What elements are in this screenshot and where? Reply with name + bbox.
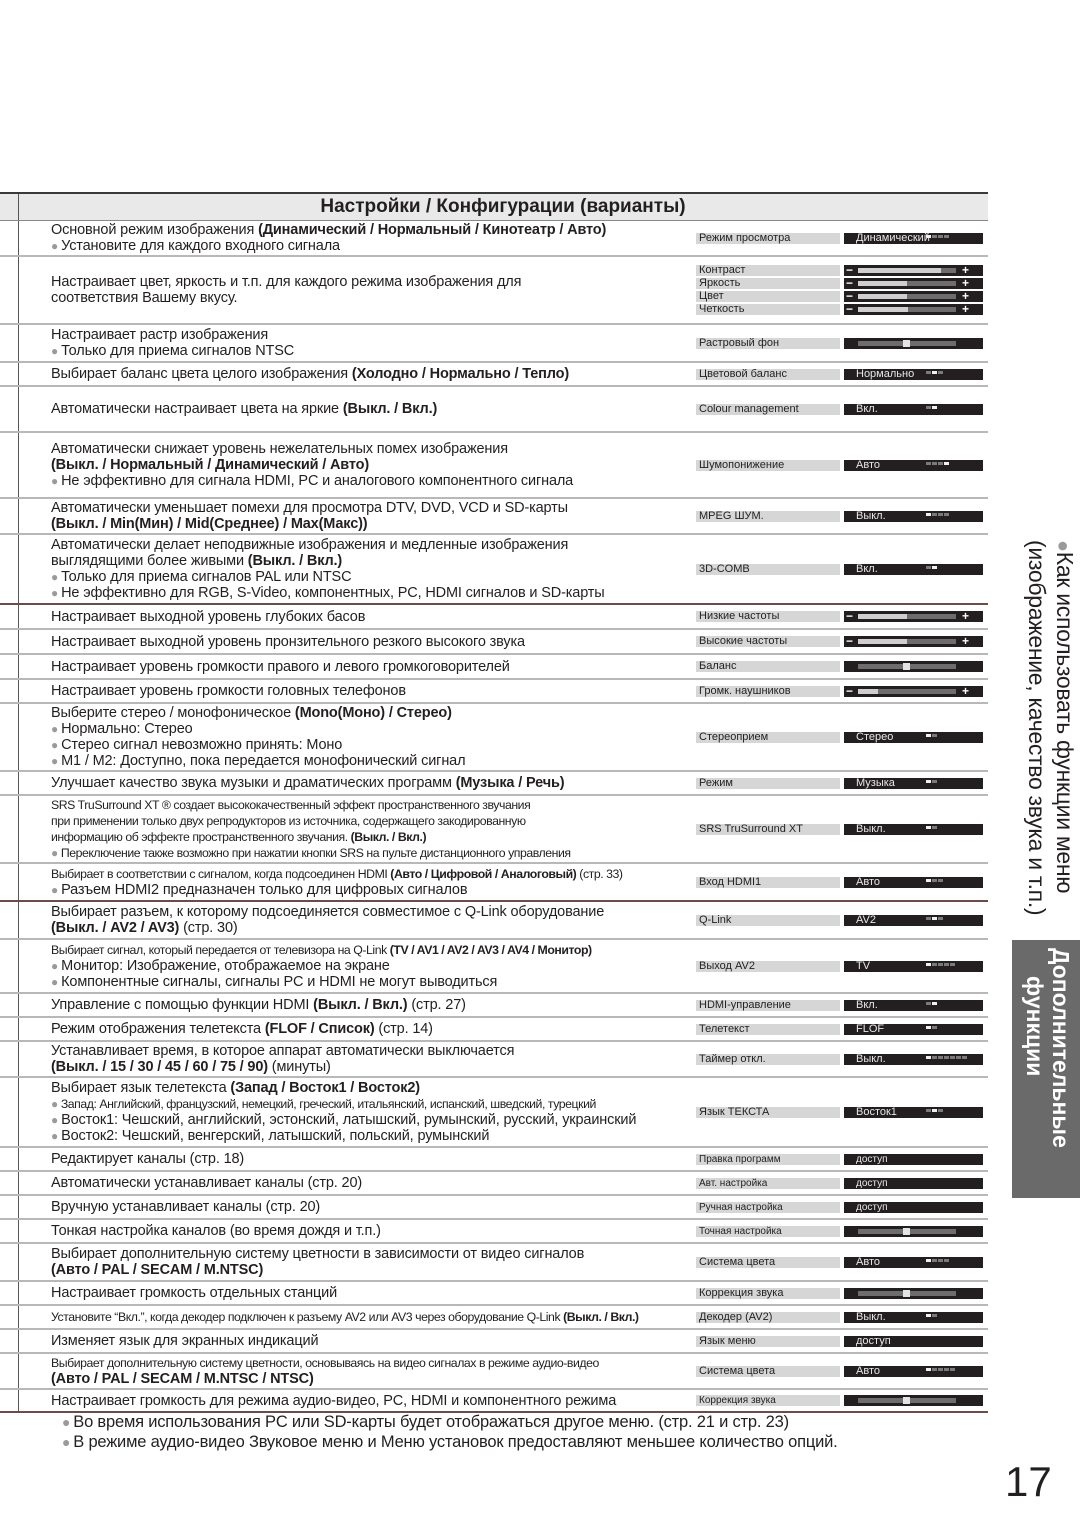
page-reference: (стр. 27) <box>407 997 465 1013</box>
osd-item: Высокие частоты−+ <box>696 636 984 647</box>
osd-item: СтереоприемСтерео <box>696 732 984 743</box>
osd-select-value: Музыка <box>844 778 983 789</box>
osd-item: Баланс <box>696 661 984 672</box>
description-text: Автоматически уменьшает помехи для просм… <box>51 500 568 516</box>
options-list: (Холодно / Нормально / Тепло) <box>352 366 569 382</box>
page-reference: (стр. 14) <box>375 1021 433 1037</box>
description-line: Редактирует каналы (стр. 18) <box>51 1151 687 1167</box>
osd-menu-preview: Q-LinkAV2 <box>696 915 984 928</box>
option-position-dots-icon <box>926 734 937 737</box>
osd-item: Яркость−+ <box>696 278 984 289</box>
osd-item: Система цветаАвто <box>696 1366 984 1377</box>
osd-menu-preview: Вход HDMI1Авто <box>696 877 984 890</box>
description-line: Выбирает дополнительную систему цветност… <box>51 1355 687 1371</box>
bullet-note: Запад: Английский, французский, немецкий… <box>51 1096 687 1112</box>
option-position-dots-icon <box>926 879 943 882</box>
table-header: Настройки / Конфигурации (варианты) <box>0 192 988 221</box>
osd-item: Растровый фон <box>696 338 984 349</box>
bullet-icon: ● <box>1052 540 1074 552</box>
description-text: Выбирает язык телетекста <box>51 1080 230 1096</box>
osd-item-label: Громк. наушников <box>696 686 840 697</box>
table-row: Выбирает дополнительную систему цветност… <box>0 1354 988 1390</box>
osd-item-label: Система цвета <box>696 1257 840 1268</box>
bullet-note: Нормально: Стерео <box>51 721 687 737</box>
option-position-dots-icon <box>926 780 937 783</box>
osd-item: Язык менюдоступ <box>696 1336 984 1347</box>
slider-track <box>858 341 956 346</box>
osd-select-value: Авто <box>844 877 983 888</box>
table-row: Настраивает растр изображенияТолько для … <box>0 325 988 363</box>
description-line: Выбирает разъем, к которому подсоединяет… <box>51 904 687 920</box>
description-text: Монитор: Изображение, отображаемое на эк… <box>61 958 390 974</box>
osd-item: Коррекция звука <box>696 1395 984 1406</box>
description-line: Изменяет язык для экранных индикаций <box>51 1333 687 1349</box>
table-row: Выбирает в соответствии с сигналом, когд… <box>0 864 988 902</box>
page-reference: (минуты) <box>268 1059 331 1075</box>
description-text: Выберите стерео / монофоническое <box>51 705 295 721</box>
description-line: Автоматически снижает уровень нежелатель… <box>51 441 687 457</box>
option-position-dots-icon <box>926 406 937 409</box>
description-line: Основной режим изображения (Динамический… <box>51 222 687 238</box>
osd-level-bar: −+ <box>844 636 983 647</box>
description-line: (Авто / PAL / SECAM / M.NTSC) <box>51 1262 687 1278</box>
section-tab-line1: Дополнительные <box>1048 948 1074 1148</box>
osd-item-label: Шумопонижение <box>696 460 840 471</box>
description-text: Настраивает уровень громкости головных т… <box>51 683 406 699</box>
row-description: Настраивает выходной уровень пронзительн… <box>51 634 687 650</box>
osd-center-slider <box>844 1226 983 1237</box>
table-row: Настраивает уровень громкости головных т… <box>0 680 988 704</box>
osd-menu-preview: Точная настройка <box>696 1226 984 1239</box>
table-row: Автоматически делает неподвижные изображ… <box>0 535 988 605</box>
description-line: (Авто / PAL / SECAM / M.NTSC / NTSC) <box>51 1371 687 1387</box>
table-row: Выбирает язык телетекста (Запад / Восток… <box>0 1078 988 1148</box>
row-description: Настраивает цвет, яркость и т.п. для каж… <box>51 274 687 306</box>
osd-item: Коррекция звука <box>696 1288 984 1299</box>
osd-item-label: Colour management <box>696 404 840 415</box>
table-row: Тонкая настройка каналов (во время дождя… <box>0 1220 988 1244</box>
osd-item-label: Цветовой баланс <box>696 369 840 380</box>
osd-item-label: Коррекция звука <box>696 1288 840 1299</box>
row-description: Настраивает громкость отдельных станций <box>51 1285 687 1301</box>
osd-item-label: Q-Link <box>696 915 840 926</box>
options-list: (Авто / PAL / SECAM / M.NTSC / NTSC) <box>51 1371 314 1387</box>
osd-item-label: Баланс <box>696 661 840 672</box>
description-line: Выбирает в соответствии с сигналом, когд… <box>51 866 687 882</box>
settings-table: Настройки / Конфигурации (варианты) Осно… <box>0 192 988 1413</box>
table-row: Настраивает выходной уровень пронзительн… <box>0 630 988 655</box>
osd-menu-preview: Выход AV2TV <box>696 961 984 974</box>
options-list: (Выкл. / Вкл.) <box>351 830 426 844</box>
description-text: Управление с помощью функции HDMI <box>51 997 313 1013</box>
osd-item: Авт. настройкадоступ <box>696 1178 984 1189</box>
table-row: Выбирает дополнительную систему цветност… <box>0 1244 988 1282</box>
osd-value-text: Нормально <box>856 369 914 380</box>
bullet-note: Стерео сигнал невозможно принять: Моно <box>51 737 687 753</box>
row-description: Вручную устанавливает каналы (стр. 20) <box>51 1199 687 1215</box>
description-text: Выбирает дополнительную систему цветност… <box>51 1246 584 1262</box>
table-row: Выбирает баланс цвета целого изображения… <box>0 363 988 387</box>
description-text: Установите для каждого входного сигнала <box>61 238 340 254</box>
osd-menu-preview: Декодер (AV2)Выкл. <box>696 1312 984 1325</box>
minus-icon: − <box>846 611 853 622</box>
left-column-cell <box>0 1244 19 1280</box>
level-track <box>858 689 956 694</box>
level-track <box>858 307 956 312</box>
osd-value-text: Авто <box>856 877 880 888</box>
option-position-dots-icon <box>926 1109 943 1112</box>
osd-menu-preview: ШумопонижениеАвто <box>696 460 984 473</box>
osd-menu-preview: Коррекция звука <box>696 1288 984 1301</box>
options-list: (Выкл. / Вкл.) <box>563 1310 638 1324</box>
osd-menu-preview: Высокие частоты−+ <box>696 636 984 649</box>
description-line: Тонкая настройка каналов (во время дождя… <box>51 1223 687 1239</box>
description-line: Настраивает растр изображения <box>51 327 687 343</box>
left-column-cell <box>0 1330 19 1352</box>
row-description: Настраивает растр изображенияТолько для … <box>51 327 687 359</box>
table-row: Настраивает уровень громкости правого и … <box>0 655 988 680</box>
slider-track <box>858 1229 956 1234</box>
description-text: Настраивает цвет, яркость и т.п. для каж… <box>51 274 521 290</box>
options-list: (Авто / Цифровой / Аналоговый) <box>390 867 576 881</box>
level-fill <box>858 268 941 273</box>
left-column-cell <box>0 1018 19 1040</box>
left-column-cell <box>0 1172 19 1194</box>
row-description: SRS TruSurround XT ® создает высококачес… <box>51 797 687 861</box>
left-column-cell <box>0 796 19 862</box>
options-list: (Выкл. / Вкл.) <box>313 997 407 1013</box>
osd-select-value: Выкл. <box>844 1054 983 1065</box>
osd-item-label: Коррекция звука <box>696 1395 840 1406</box>
osd-menu-preview: 3D-COMBВкл. <box>696 564 984 577</box>
osd-item: 3D-COMBВкл. <box>696 564 984 575</box>
osd-item: РежимМузыка <box>696 778 984 789</box>
plus-icon: + <box>962 304 969 315</box>
osd-center-slider <box>844 1288 983 1299</box>
left-column-cell <box>0 994 19 1016</box>
osd-level-bar: −+ <box>844 278 983 289</box>
osd-menu-preview: ТелетекстFLOF <box>696 1024 984 1037</box>
left-column-cell <box>0 257 19 323</box>
osd-item: Четкость−+ <box>696 304 984 315</box>
osd-value-text: Выкл. <box>856 824 886 835</box>
osd-item: Цветовой балансНормально <box>696 369 984 380</box>
description-line: SRS TruSurround XT ® создает высококачес… <box>51 797 687 813</box>
row-description: Автоматически уменьшает помехи для просм… <box>51 500 687 532</box>
table-row: Выбирает сигнал, который передается от т… <box>0 940 988 994</box>
options-list: (Запад / Восток1 / Восток2) <box>230 1080 420 1096</box>
table-row: Настраивает громкость для режима аудио-в… <box>0 1390 988 1413</box>
description-line: Режим отображения телетекста (FLOF / Спи… <box>51 1021 687 1037</box>
description-text: Нормально: Стерео <box>61 721 192 737</box>
osd-menu-preview: Таймер откл.Выкл. <box>696 1054 984 1067</box>
bullet-note: Не эффективно для сигнала HDMI, PC и ана… <box>51 473 687 489</box>
options-list: (FLOF / Список) <box>265 1021 375 1037</box>
row-description: Управление с помощью функции HDMI (Выкл.… <box>51 997 687 1013</box>
row-description: Тонкая настройка каналов (во время дождя… <box>51 1223 687 1239</box>
osd-value-text: доступ <box>856 1154 888 1165</box>
left-column-cell <box>0 194 19 220</box>
osd-level-bar: −+ <box>844 304 983 315</box>
description-text: Переключение также возможно при нажатии … <box>61 846 571 860</box>
row-description: Выбирает сигнал, который передается от т… <box>51 942 687 990</box>
options-list: (Выкл. / Min(Мин) / Mid(Среднее) / Max(М… <box>51 516 367 532</box>
osd-item: MPEG ШУМ.Выкл. <box>696 511 984 522</box>
section-caption-line2: (изображение, качество звука и т.п.) <box>1023 540 1050 915</box>
option-position-dots-icon <box>926 1314 937 1317</box>
osd-item: Точная настройка <box>696 1226 984 1237</box>
level-fill <box>858 294 907 299</box>
option-position-dots-icon <box>926 963 955 966</box>
description-line: Настраивает уровень громкости головных т… <box>51 683 687 699</box>
bullet-note: M1 / M2: Доступно, пока передается моноф… <box>51 753 687 769</box>
description-line: (Выкл. / AV2 / AV3) (стр. 30) <box>51 920 687 936</box>
description-text: Настраивает выходной уровень глубоких ба… <box>51 609 365 625</box>
row-description: Основной режим изображения (Динамический… <box>51 222 687 254</box>
page-reference: (стр. 33) <box>576 867 622 881</box>
osd-value-text: AV2 <box>856 915 876 926</box>
row-description: Настраивает уровень громкости правого и … <box>51 659 687 675</box>
osd-value-text: Вкл. <box>856 404 878 415</box>
osd-item: SRS TruSurround XTВыкл. <box>696 824 984 835</box>
osd-item-label: SRS TruSurround XT <box>696 824 840 835</box>
section-caption-line1: ●Как использовать функции меню <box>1051 540 1078 893</box>
left-column-cell <box>0 605 19 628</box>
osd-item: Вход HDMI1Авто <box>696 877 984 888</box>
description-line: Установите “Вкл.”, когда декодер подключ… <box>51 1309 687 1325</box>
osd-item: Colour managementВкл. <box>696 404 984 415</box>
description-text: M1 / M2: Доступно, пока передается моноф… <box>61 753 465 769</box>
osd-value-text: Музыка <box>856 778 895 789</box>
osd-item-label: Низкие частоты <box>696 611 840 622</box>
description-line: Настраивает выходной уровень глубоких ба… <box>51 609 687 625</box>
osd-item: Таймер откл.Выкл. <box>696 1054 984 1065</box>
plus-icon: + <box>962 636 969 647</box>
description-text: Настраивает выходной уровень пронзительн… <box>51 634 525 650</box>
bullet-note: Разъем HDMI2 предназначен только для циф… <box>51 882 687 898</box>
description-text: Режим отображения телетекста <box>51 1021 265 1037</box>
option-position-dots-icon <box>926 1002 937 1005</box>
level-fill <box>858 639 907 644</box>
description-line: (Выкл. / 15 / 30 / 45 / 60 / 75 / 90) (м… <box>51 1059 687 1075</box>
description-line: Выберите стерео / монофоническое (Mono(М… <box>51 705 687 721</box>
osd-item-label: Высокие частоты <box>696 636 840 647</box>
description-line: при применении только двух репродукторов… <box>51 813 687 829</box>
option-position-dots-icon <box>926 566 937 569</box>
osd-value-text: доступ <box>856 1336 891 1347</box>
table-row: Автоматически устанавливает каналы (стр.… <box>0 1172 988 1196</box>
left-column-cell <box>0 1196 19 1218</box>
table-row: Автоматически уменьшает помехи для просм… <box>0 499 988 535</box>
osd-item-label: HDMI-управление <box>696 1000 840 1011</box>
osd-menu-preview: РежимМузыка <box>696 778 984 791</box>
osd-menu-preview: Контраст−+Яркость−+Цвет−+Четкость−+ <box>696 265 984 317</box>
left-column-cell <box>0 680 19 702</box>
osd-item-label: Вход HDMI1 <box>696 877 840 888</box>
osd-menu-preview: Баланс <box>696 661 984 674</box>
row-description: Автоматически настраивает цвета на яркие… <box>51 401 687 417</box>
left-column-cell <box>0 1390 19 1411</box>
options-list: (TV / AV1 / AV2 / AV3 / AV4 / Монитор) <box>390 943 592 957</box>
osd-center-slider <box>844 661 983 672</box>
osd-menu-preview: HDMI-управлениеВкл. <box>696 1000 984 1013</box>
left-column-cell <box>0 535 19 603</box>
slider-knob <box>903 340 910 347</box>
description-text: Основной режим изображения <box>51 222 258 238</box>
left-column-cell <box>0 630 19 653</box>
options-list: (Выкл. / AV2 / AV3) <box>51 920 179 936</box>
osd-access-value: доступ <box>844 1154 983 1165</box>
description-text: Настраивает растр изображения <box>51 327 268 343</box>
osd-access-value: доступ <box>844 1178 983 1189</box>
option-position-dots-icon <box>926 1056 967 1059</box>
left-column-cell <box>0 363 19 385</box>
footnotes: Во время использования PC или SD-карты б… <box>62 1412 838 1452</box>
description-text: Выбирает в соответствии с сигналом, когд… <box>51 867 390 881</box>
left-column-cell <box>0 1148 19 1170</box>
minus-icon: − <box>846 304 853 315</box>
table-body: Основной режим изображения (Динамический… <box>0 221 988 1413</box>
section-tab-line2: функции <box>1022 976 1048 1076</box>
osd-item-label: Стереоприем <box>696 732 840 743</box>
osd-access-value: доступ <box>844 1202 983 1213</box>
description-text: Устанавливает время, в которое аппарат а… <box>51 1043 514 1059</box>
minus-icon: − <box>846 686 853 697</box>
description-text: Выбирает баланс цвета целого изображения <box>51 366 352 382</box>
row-description: Выберите стерео / монофоническое (Mono(М… <box>51 705 687 769</box>
description-text: информацию об эффекте пространственного … <box>51 830 351 844</box>
row-description: Автоматически снижает уровень нежелатель… <box>51 441 687 489</box>
osd-select-value: Авто <box>844 460 983 471</box>
description-text: Вручную устанавливает каналы (стр. 20) <box>51 1199 320 1215</box>
level-fill <box>858 689 878 694</box>
description-text: при применении только двух репродукторов… <box>51 814 526 828</box>
description-line: Настраивает громкость для режима аудио-в… <box>51 1393 687 1409</box>
description-text: Запад: Английский, французский, немецкий… <box>61 1097 596 1111</box>
osd-menu-preview: Авт. настройкадоступ <box>696 1178 984 1191</box>
osd-select-value: Вкл. <box>844 404 983 415</box>
osd-item: Система цветаАвто <box>696 1257 984 1268</box>
description-text: Изменяет язык для экранных индикаций <box>51 1333 318 1349</box>
left-column-cell <box>0 325 19 361</box>
osd-center-slider <box>844 338 983 349</box>
description-text: Выбирает дополнительную систему цветност… <box>51 1356 599 1370</box>
osd-menu-preview: Язык ТЕКСТАВосток1 <box>696 1107 984 1120</box>
row-description: Настраивает выходной уровень глубоких ба… <box>51 609 687 625</box>
description-line: Настраивает выходной уровень пронзительн… <box>51 634 687 650</box>
bullet-note: Переключение также возможно при нажатии … <box>51 845 687 861</box>
table-row: Редактирует каналы (стр. 18)Правка прогр… <box>0 1148 988 1172</box>
osd-item: Ручная настройкадоступ <box>696 1202 984 1213</box>
options-list: (Выкл. / Вкл.) <box>343 401 437 417</box>
osd-menu-preview: Правка программдоступ <box>696 1154 984 1167</box>
osd-item-label: Режим просмотра <box>696 233 840 244</box>
options-list: (Авто / PAL / SECAM / M.NTSC) <box>51 1262 263 1278</box>
osd-value-text: Восток1 <box>856 1107 897 1118</box>
options-list: (Выкл. / Вкл.) <box>248 553 342 569</box>
osd-value-text: TV <box>856 961 870 972</box>
osd-select-value: Восток1 <box>844 1107 983 1118</box>
description-text: Установите “Вкл.”, когда декодер подключ… <box>51 1310 563 1324</box>
osd-menu-preview: Громк. наушников−+ <box>696 686 984 699</box>
row-description: Устанавливает время, в которое аппарат а… <box>51 1043 687 1075</box>
osd-value-text: Авто <box>856 1366 880 1377</box>
row-description: Настраивает громкость для режима аудио-в… <box>51 1393 687 1409</box>
left-column-cell <box>0 499 19 533</box>
left-column-cell <box>0 387 19 431</box>
row-description: Выбирает разъем, к которому подсоединяет… <box>51 904 687 936</box>
description-line: (Выкл. / Нормальный / Динамический / Авт… <box>51 457 687 473</box>
description-line: Выбирает баланс цвета целого изображения… <box>51 366 687 382</box>
description-line: Выбирает язык телетекста (Запад / Восток… <box>51 1080 687 1096</box>
description-line: Выбирает дополнительную систему цветност… <box>51 1246 687 1262</box>
osd-item: Цвет−+ <box>696 291 984 302</box>
osd-select-value: Выкл. <box>844 824 983 835</box>
osd-item: Язык ТЕКСТАВосток1 <box>696 1107 984 1118</box>
description-line: Автоматически уменьшает помехи для просм… <box>51 500 687 516</box>
section-caption: ●Как использовать функции меню (изображе… <box>1003 540 1078 960</box>
row-description: Настраивает уровень громкости головных т… <box>51 683 687 699</box>
description-text: Выбирает сигнал, который передается от т… <box>51 943 390 957</box>
description-line: Настраивает уровень громкости правого и … <box>51 659 687 675</box>
minus-icon: − <box>846 291 853 302</box>
slider-knob <box>903 1397 910 1404</box>
osd-select-value: Выкл. <box>844 511 983 522</box>
row-description: Выбирает дополнительную систему цветност… <box>51 1246 687 1278</box>
osd-item-label: Система цвета <box>696 1366 840 1377</box>
description-text: Компонентные сигналы, сигналы PC и HDMI … <box>61 974 497 990</box>
row-description: Установите “Вкл.”, когда декодер подключ… <box>51 1309 687 1325</box>
description-line: информацию об эффекте пространственного … <box>51 829 687 845</box>
osd-select-value: FLOF <box>844 1024 983 1035</box>
osd-menu-preview: Цветовой балансНормально <box>696 369 984 382</box>
description-line: Настраивает цвет, яркость и т.п. для каж… <box>51 274 687 290</box>
osd-item-label: Язык ТЕКСТА <box>696 1107 840 1118</box>
row-description: Изменяет язык для экранных индикаций <box>51 1333 687 1349</box>
osd-value-text: Авто <box>856 1257 880 1268</box>
left-column-cell <box>0 655 19 678</box>
plus-icon: + <box>962 611 969 622</box>
osd-item-label: 3D-COMB <box>696 564 840 575</box>
left-column-cell <box>0 772 19 794</box>
table-row: Автоматически настраивает цвета на яркие… <box>0 387 988 433</box>
osd-item: Декодер (AV2)Выкл. <box>696 1312 984 1323</box>
osd-item-label: Цвет <box>696 291 840 302</box>
option-position-dots-icon <box>926 1368 955 1371</box>
options-list: (Музыка / Речь) <box>456 775 565 791</box>
osd-menu-preview: Система цветаАвто <box>696 1366 984 1379</box>
left-column-cell <box>0 902 19 938</box>
osd-select-value: Авто <box>844 1366 983 1377</box>
bullet-note: Монитор: Изображение, отображаемое на эк… <box>51 958 687 974</box>
osd-item-label: Контраст <box>696 265 840 276</box>
row-description: Режим отображения телетекста (FLOF / Спи… <box>51 1021 687 1037</box>
osd-value-text: Выкл. <box>856 511 886 522</box>
osd-select-value: Вкл. <box>844 564 983 575</box>
options-list: (Выкл. / Нормальный / Динамический / Авт… <box>51 457 369 473</box>
table-row: Основной режим изображения (Динамический… <box>0 221 988 257</box>
table-row: Вручную устанавливает каналы (стр. 20)Ру… <box>0 1196 988 1220</box>
page-reference: (стр. 30) <box>179 920 237 936</box>
osd-level-bar: −+ <box>844 291 983 302</box>
osd-item: Выход AV2TV <box>696 961 984 972</box>
osd-select-value: Выкл. <box>844 1312 983 1323</box>
description-line: Автоматически делает неподвижные изображ… <box>51 537 687 553</box>
osd-item: Правка программдоступ <box>696 1154 984 1165</box>
osd-item: Q-LinkAV2 <box>696 915 984 926</box>
slider-track <box>858 1291 956 1296</box>
osd-item-label: Четкость <box>696 304 840 315</box>
